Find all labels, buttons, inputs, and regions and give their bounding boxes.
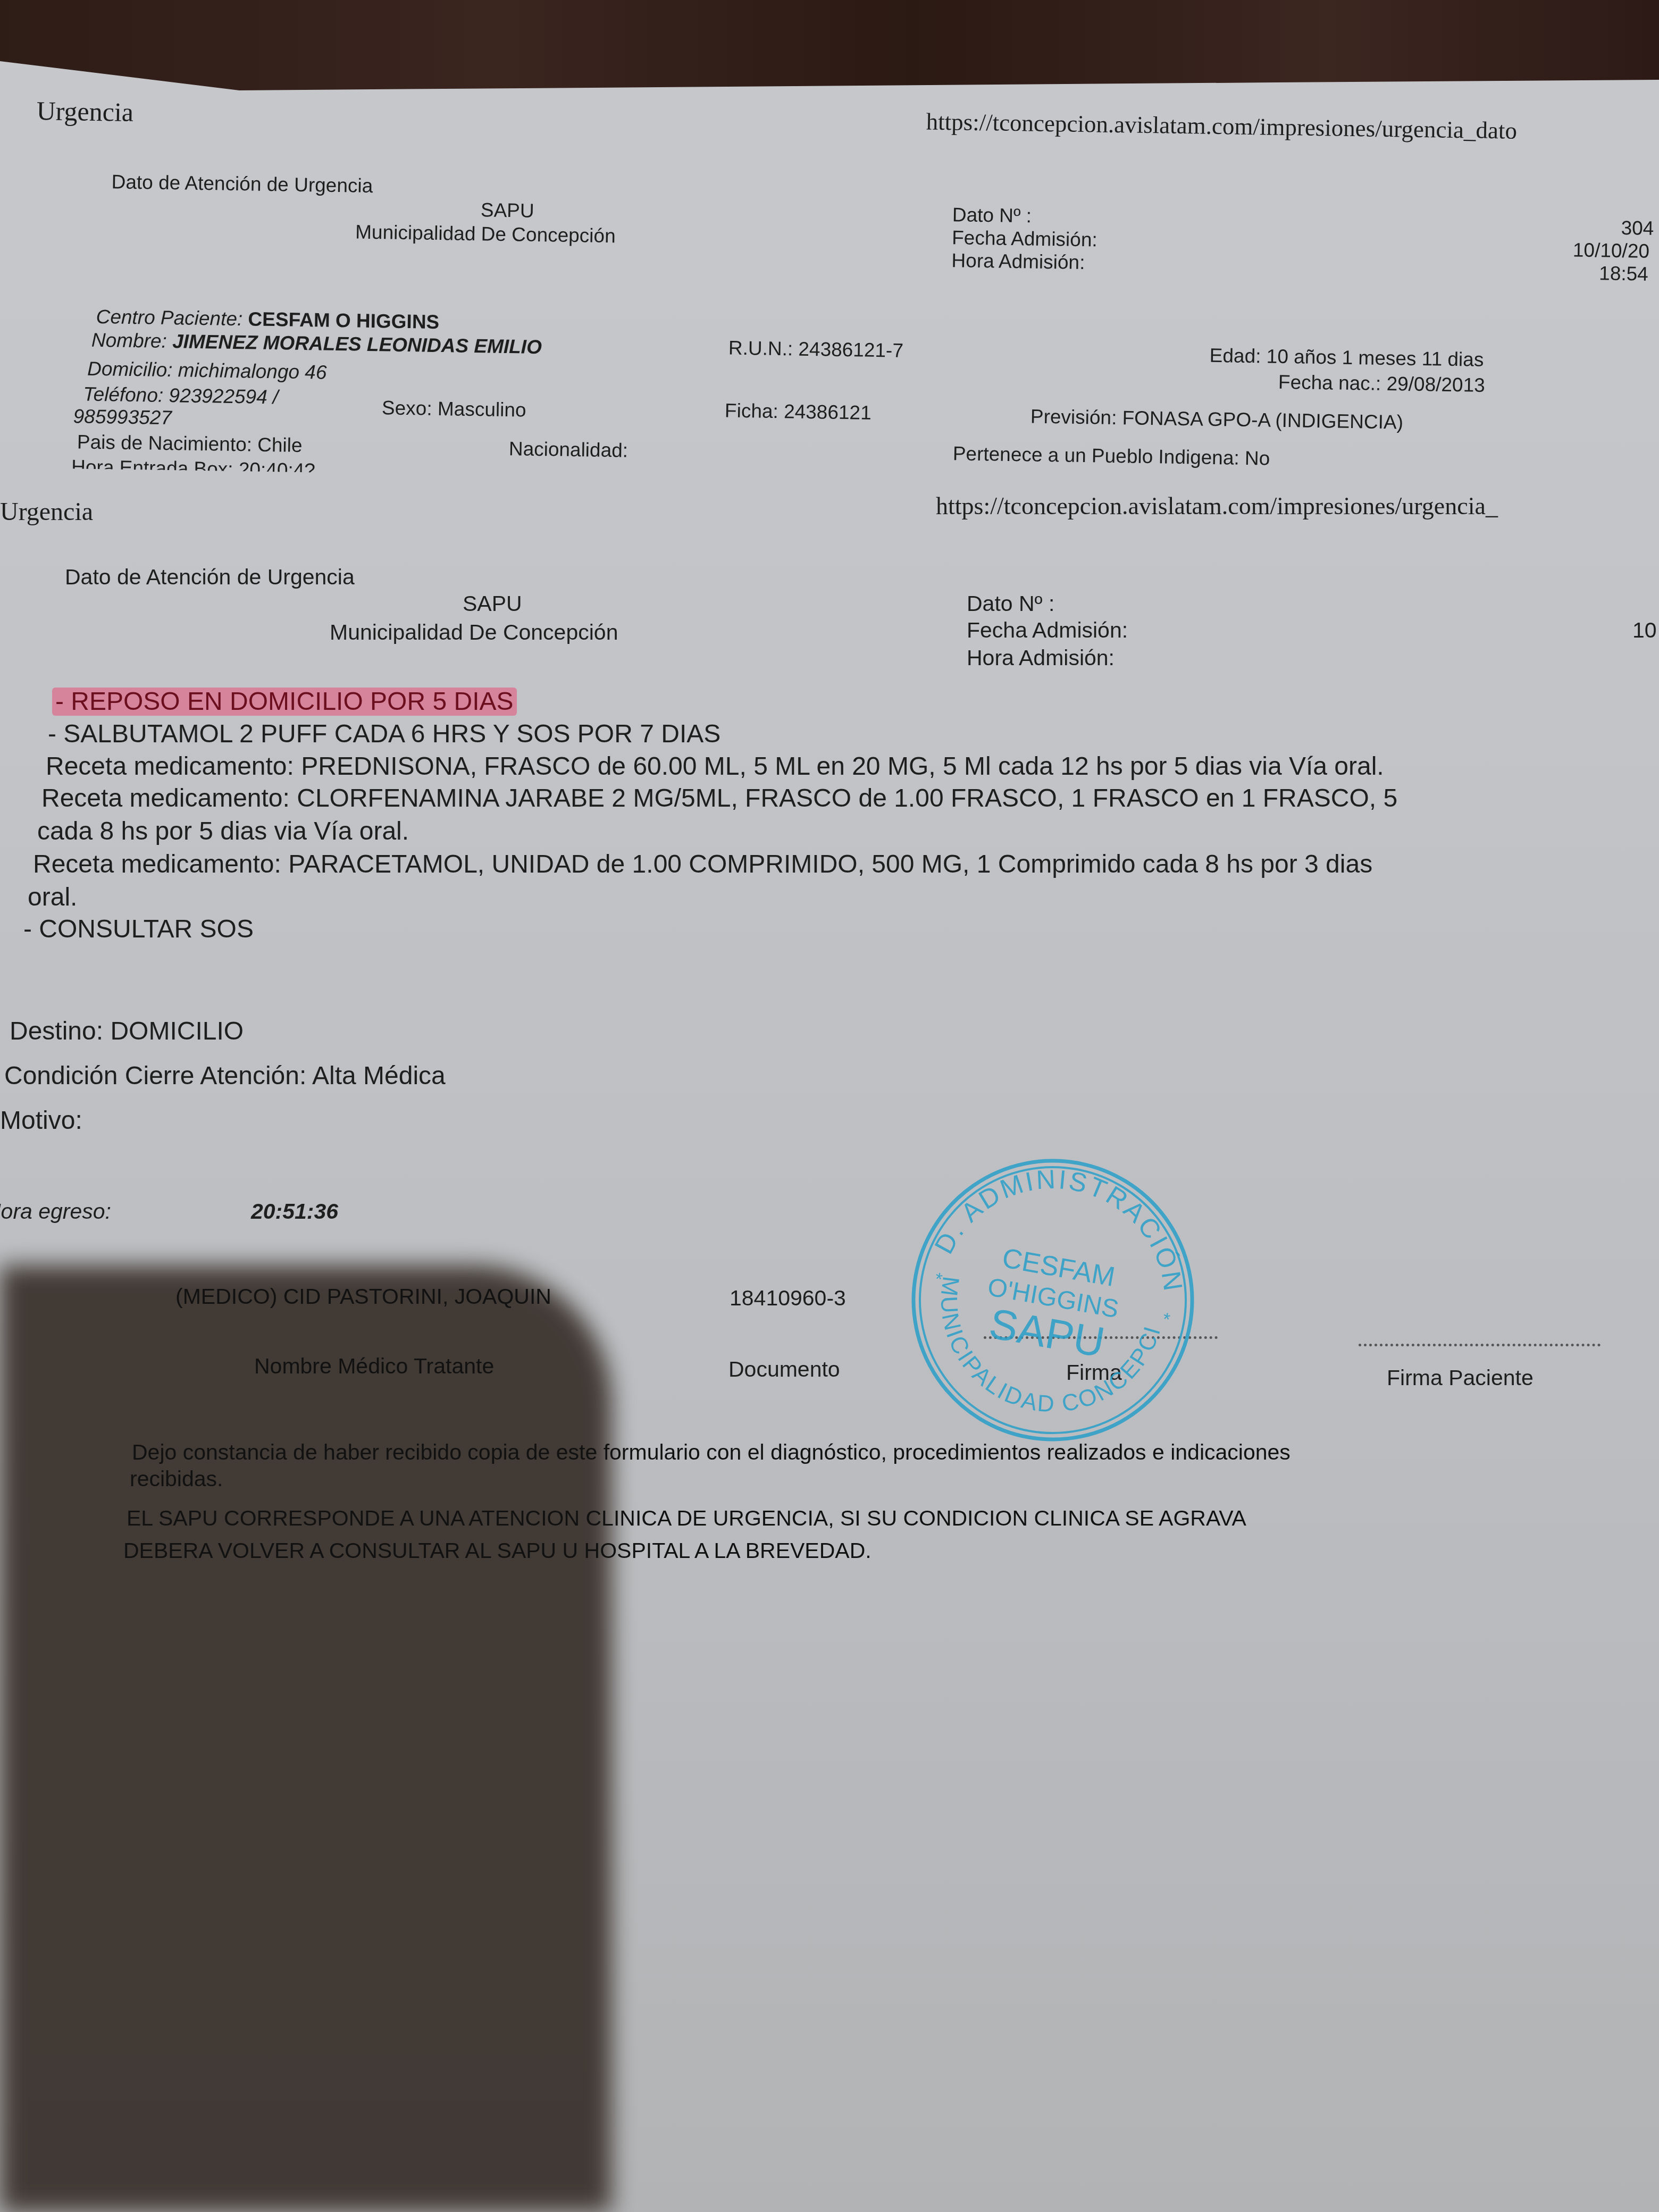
patient-sex: Sexo: Masculino [382,397,526,421]
dato-value: 304 [1621,217,1654,240]
patient-phone: Teléfono: 923922594 / [83,383,279,409]
fecha-admision-label: Fecha Admisión: [952,227,1097,251]
centro-paciente: Centro Paciente: CESFAM O HIGGINS [96,306,439,333]
second-org-name: SAPU [463,591,522,616]
document-label: Documento [728,1357,840,1382]
header-url: https://tconcepcion.avislatam.com/impres… [926,107,1517,144]
sapu-stamp-icon: D. ADMINISTRACIÓN I. MUNICIPALIDAD CONCE… [881,1128,1226,1473]
patient-name: Nombre: JIMENEZ MORALES LEONIDAS EMILIO [91,329,542,358]
dato-label: Dato Nº : [952,204,1032,227]
patient-phone-2: 985993527 [73,405,172,429]
second-hora-admision-label: Hora Admisión: [967,646,1115,671]
indication-rest: - REPOSO EN DOMICILIO POR 5 DIAS [52,687,517,716]
patient-signature-line [1359,1344,1601,1346]
hora-admision-value: 18:54 [1599,262,1648,285]
second-fecha-admision-label: Fecha Admisión: [967,618,1128,643]
prescription-clorfenamina: Receta medicamento: CLORFENAMINA JARABE … [41,784,1397,813]
prescription-prednisona: Receta medicamento: PREDNISONA, FRASCO d… [46,752,1384,781]
medico-name: (MEDICO) CID PASTORINI, JOAQUIN [175,1284,551,1309]
patient-run: R.U.N.: 24386121-7 [728,337,904,362]
patient-age: Edad: 10 años 1 meses 11 dias [1209,345,1484,371]
prescription-clorfenamina-cont: cada 8 hs por 5 dias via Vía oral. [37,817,409,846]
warning-line-2: DEBERA VOLVER A CONSULTAR AL SAPU U HOSP… [123,1538,872,1563]
patient-prevision: Previsión: FONASA GPO-A (INDIGENCIA) [1030,406,1404,434]
second-header-url: https://tconcepcion.avislatam.com/impres… [936,492,1498,520]
indication-rest-text: - REPOSO EN DOMICILIO POR 5 DIAS [52,688,517,716]
prescription-paracetamol-cont: oral. [28,883,77,912]
svg-text:*: * [1161,1309,1172,1330]
patient-address: Domicilio: michimalongo 46 [87,358,327,384]
hora-egreso-value: 20:51:36 [251,1199,338,1224]
second-org-municipality: Municipalidad De Concepción [330,620,618,645]
second-header-left: Urgencia [0,497,93,526]
patient-ficha: Ficha: 24386121 [725,400,872,424]
firma-paciente-label: Firma Paciente [1387,1365,1534,1390]
medico-name-label: Nombre Médico Tratante [254,1354,494,1379]
medico-document: 18410960-3 [730,1286,846,1311]
condicion-cierre: Condición Cierre Atención: Alta Médica [4,1061,446,1091]
top-page-section: Urgencia https://tconcepcion.avislatam.c… [0,0,1659,505]
indication-salbutamol: - SALBUTAMOL 2 PUFF CADA 6 HRS Y SOS POR… [48,719,720,749]
hora-egreso-label: Hora egreso: [0,1199,111,1224]
patient-indigenous: Pertenece a un Pueblo Indigena: No [952,442,1270,470]
patient-nationality: Nacionalidad: [509,438,629,462]
form-title: Dato de Atención de Urgencia [111,171,373,197]
destino: Destino: DOMICILIO [10,1017,244,1046]
org-municipality: Municipalidad De Concepción [355,221,616,248]
constancia-line-2: recibidas. [130,1467,223,1492]
hora-admision-label: Hora Admisión: [951,249,1085,274]
second-dato-label: Dato Nº : [967,591,1054,616]
hora-entrada-box-partial: Hora Entrada Box: 20:40:4? [71,456,315,472]
motivo-label: Motivo: [0,1106,82,1135]
constancia-line-1: Dejo constancia de haber recibido copia … [132,1440,1291,1465]
fecha-admision-value: 10/10/20 [1573,239,1650,263]
header-left-title: Urgencia [36,95,133,128]
indication-consultar: - CONSULTAR SOS [23,915,254,944]
org-name: SAPU [481,199,534,222]
patient-birthdate: Fecha nac.: 29/08/2013 [1278,371,1485,397]
second-fecha-admision-value: 10 [1632,618,1657,643]
second-form-title: Dato de Atención de Urgencia [65,565,355,590]
prescription-paracetamol: Receta medicamento: PARACETAMOL, UNIDAD … [33,850,1372,879]
warning-line-1: EL SAPU CORRESPONDE A UNA ATENCION CLINI… [127,1506,1246,1531]
hand-shadow [0,1266,611,2212]
patient-birth-country: Pais de Nacimiento: Chile [77,431,303,457]
